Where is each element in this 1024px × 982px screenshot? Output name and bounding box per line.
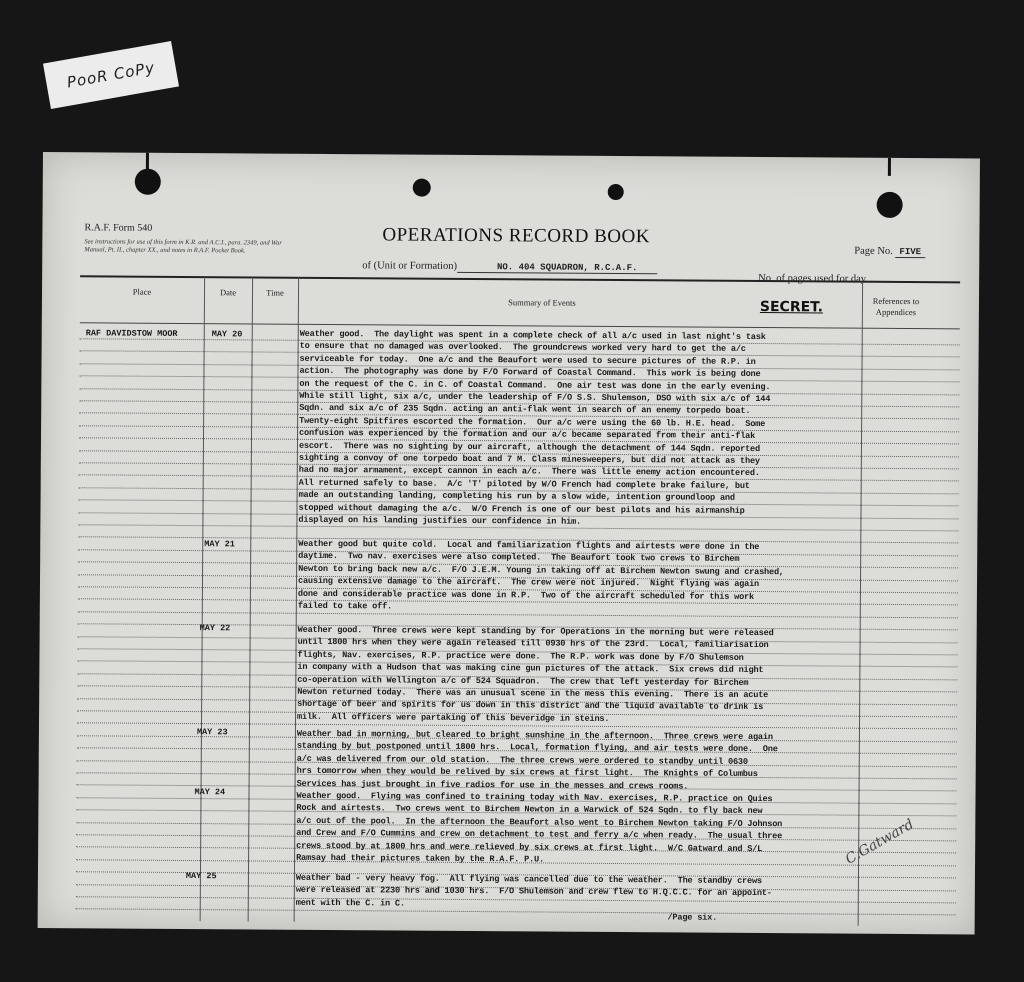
entry-may-22: Weather good. Three crews were kept stan…	[297, 624, 858, 727]
binder-hole-left	[135, 169, 161, 195]
date-may-22: MAY 22	[200, 623, 231, 633]
entry-may-25: Weather bad - very heavy fog. All flying…	[296, 872, 856, 926]
date-may-23: MAY 23	[197, 727, 228, 737]
binder-hole-mid-left	[413, 179, 431, 197]
entry-may-24: Weather good. Flying was confined to tra…	[296, 790, 857, 868]
operations-record-sheet: R.A.F. Form 540 See instructions for use…	[38, 152, 980, 935]
date-may-25: MAY 25	[186, 871, 217, 881]
secret-stamp: SECRET.	[760, 299, 823, 315]
form-instructions: See instructions for use of this form in…	[84, 238, 284, 255]
entry-may-21: Weather good but quite cold. Local and f…	[298, 538, 859, 616]
entry-may-20: Weather good. The daylight was spent in …	[298, 328, 859, 530]
header-summary: Summary of Events	[462, 297, 622, 308]
header-place: Place	[82, 286, 202, 297]
page-number: Page No. FIVE	[854, 246, 925, 257]
date-may-21: MAY 21	[204, 539, 235, 549]
header-references: References to Appendices	[866, 296, 926, 318]
header-time: Time	[252, 287, 298, 297]
date-may-24: MAY 24	[195, 787, 226, 797]
pages-used-label: No. of pages used for day	[758, 273, 866, 285]
entry-may-23: Weather bad in morning, but cleared to b…	[297, 728, 857, 794]
hole-stem	[888, 158, 891, 176]
place-value: RAF DAVIDSTOW MOOR	[86, 328, 178, 339]
pages-used: No. of pages used for day	[758, 273, 916, 285]
poor-copy-label: PooR CoPy	[43, 41, 179, 109]
binder-hole-mid-right	[608, 184, 624, 200]
page-title: OPERATIONS RECORD BOOK	[382, 224, 650, 248]
binder-hole-right	[877, 192, 903, 218]
header-date: Date	[204, 287, 252, 297]
form-number: R.A.F. Form 540	[84, 222, 152, 233]
unit-value: NO. 404 SQUADRON, R.C.A.F.	[457, 262, 658, 274]
date-may-20: MAY 20	[212, 329, 243, 339]
page-label: Page No.	[854, 246, 893, 257]
page-value: FIVE	[895, 247, 925, 258]
unit-line: of (Unit or Formation)NO. 404 SQUADRON, …	[362, 260, 657, 274]
unit-label: of (Unit or Formation)	[362, 260, 457, 272]
